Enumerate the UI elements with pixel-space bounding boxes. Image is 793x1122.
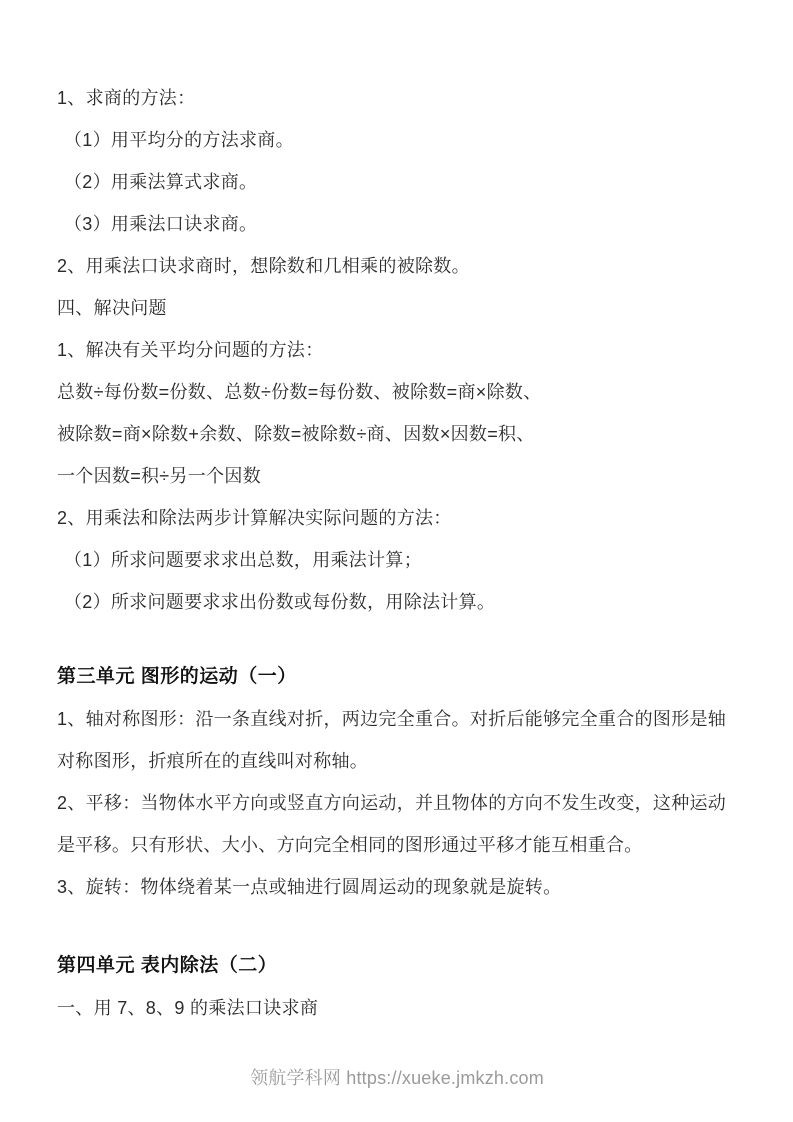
doc-line: （3）用乘法口诀求商。 xyxy=(57,203,737,245)
doc-line: （1）用平均分的方法求商。 xyxy=(57,119,737,161)
doc-line: 1、求商的方法： xyxy=(57,77,737,119)
doc-line: 是平移。只有形状、大小、方向完全相同的图形通过平移才能互相重合。 xyxy=(57,824,737,866)
doc-line: （2）用乘法算式求商。 xyxy=(57,161,737,203)
watermark-footer: 领航学科网 https://xueke.jmkzh.com xyxy=(57,1057,737,1100)
doc-line: 2、用乘法和除法两步计算解决实际问题的方法： xyxy=(57,497,737,539)
doc-line: 一、用 7、8、9 的乘法口诀求商 xyxy=(57,987,737,1029)
doc-line: 2、平移：当物体水平方向或竖直方向运动，并且物体的方向不发生改变，这种运动 xyxy=(57,782,737,824)
doc-line: （2）所求问题要求求出份数或每份数，用除法计算。 xyxy=(57,581,737,623)
formula-line: 一个因数=积÷另一个因数 xyxy=(57,455,737,497)
formula-line: 总数÷每份数=份数、总数÷份数=每份数、被除数=商×除数、 xyxy=(57,371,737,413)
document-page: 1、求商的方法： （1）用平均分的方法求商。 （2）用乘法算式求商。 （3）用乘… xyxy=(0,0,793,1122)
section-heading-unit3: 第三单元 图形的运动（一） xyxy=(57,656,737,698)
doc-line: 四、解决问题 xyxy=(57,287,737,329)
doc-line: 1、解决有关平均分问题的方法： xyxy=(57,329,737,371)
doc-line: 2、用乘法口诀求商时，想除数和几相乘的被除数。 xyxy=(57,245,737,287)
doc-line: 对称图形，折痕所在的直线叫对称轴。 xyxy=(57,740,737,782)
section-heading-unit4: 第四单元 表内除法（二） xyxy=(57,945,737,987)
doc-line: 1、轴对称图形：沿一条直线对折，两边完全重合。对折后能够完全重合的图形是轴 xyxy=(57,698,737,740)
formula-line: 被除数=商×除数+余数、除数=被除数÷商、因数×因数=积、 xyxy=(57,413,737,455)
doc-line: 3、旋转：物体绕着某一点或轴进行圆周运动的现象就是旋转。 xyxy=(57,866,737,908)
doc-line: （1）所求问题要求求出总数，用乘法计算； xyxy=(57,539,737,581)
